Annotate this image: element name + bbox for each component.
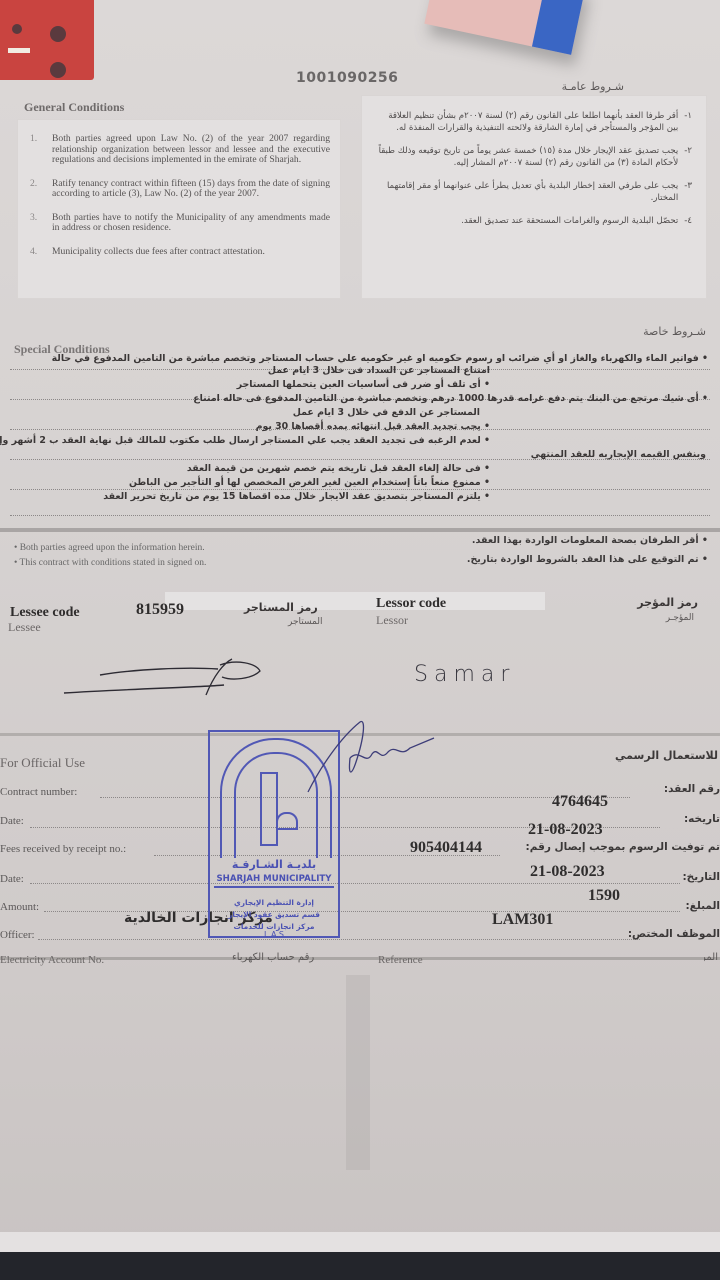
paper-edge [0, 1232, 720, 1252]
dotted-rule [10, 489, 710, 490]
tower-icon [260, 772, 278, 846]
stamp-line: L.A.S [210, 930, 338, 939]
section-divider [0, 528, 720, 532]
lessor-label-ar: المؤجـر [666, 613, 694, 623]
amount-label-ar: المبلغ: [685, 900, 720, 912]
lessee-label-ar: المستاجر [288, 617, 322, 627]
fees-receipt-label-ar: تم توفيت الرسوم بموجب إيصال رقم: [526, 841, 720, 853]
condition-item: 4.Municipality collects due fees after c… [30, 247, 330, 258]
dotted-rule [30, 883, 680, 884]
lessor-code-label-ar: رمز المؤجر [637, 596, 698, 609]
stamp-line: إدارة التنظيم الإيجاري [210, 898, 338, 907]
contract-date-label: Date: [0, 815, 24, 827]
contract-date-label-ar: تاريخه: [684, 813, 720, 825]
general-conditions-en-panel: 1.Both parties agreed upon Law No. (2) o… [18, 120, 340, 298]
special-condition-line: • يجب تجديد العقد قبل انتهائه بمده أقصاه… [256, 421, 490, 432]
item-number: 4. [30, 247, 42, 258]
lessor-signature: Samar [414, 662, 515, 687]
lessee-signature [56, 655, 266, 700]
document-number: 1001090256 [296, 70, 398, 86]
general-conditions-title: General Conditions [24, 100, 124, 115]
special-condition-line: • أى شيك مرتجع من البنك يتم دفع غرامه قد… [193, 393, 708, 404]
item-text: Municipality collects due fees after con… [52, 247, 265, 258]
official-use-title: For Official Use [0, 755, 85, 771]
reference-label: Reference [378, 954, 423, 966]
contract-number-value: 4764645 [552, 793, 608, 811]
item-number: 1. [30, 134, 42, 166]
special-conditions-title-ar: شـروط خاصة [643, 325, 706, 338]
general-conditions-title-ar: شـروط عامـة [562, 80, 624, 93]
condition-item: 2.Ratify tenancy contract within fifteen… [30, 179, 330, 200]
contract-date-value: 21-08-2023 [528, 821, 603, 839]
receipt-date-label: Date: [0, 873, 24, 885]
item-number: 3. [30, 213, 42, 234]
dot-icon [50, 62, 66, 78]
condition-item-ar: ٣-يجب على طرفي العقد إخطار البلدية بأي ت… [378, 180, 692, 204]
booklet-blue-edge [532, 0, 586, 55]
amount-value: 1590 [588, 887, 620, 905]
lessee-label: Lessee [8, 620, 41, 635]
special-condition-line: • لعدم الرغبه فى تجديد العقد يجب علي الم… [0, 435, 490, 446]
special-condition-line: المستاجر عن الدفع في خلال 3 ايام عمل [293, 407, 480, 418]
item-number: ٣- [684, 180, 692, 204]
receipt-date-value: 21-08-2023 [530, 863, 605, 881]
fees-receipt-value: 905404144 [410, 839, 482, 857]
item-text: تحصّل البلدية الرسوم والغرامات المستحقة … [461, 215, 678, 227]
lessee-code-label-ar: رمز المستاجر [244, 601, 318, 614]
item-number: 2. [30, 179, 42, 200]
item-number: ١- [684, 110, 692, 134]
special-condition-line: • فواتير الماء والكهرباء والغاز او أي ضر… [52, 353, 708, 364]
special-condition-line: امتناع المستاجر عن السداد فى خلال 3 ايام… [268, 365, 490, 376]
official-use-title-ar: للاستعمال الرسمي [615, 749, 718, 762]
item-text: Both parties agreed upon Law No. (2) of … [52, 134, 330, 166]
reference-label-ar: المرجع [704, 952, 718, 963]
condition-item: 1.Both parties agreed upon Law No. (2) o… [30, 134, 330, 166]
special-condition-line: وبنفس القيمه الإيجاريه للعقد المنتهي [531, 449, 706, 460]
officer-value: LAM301 [492, 911, 553, 929]
electricity-row: Electricity Account No. رقم حساب الكهربا… [0, 950, 720, 972]
dotted-rule [10, 515, 710, 516]
pink-booklet [424, 0, 585, 55]
contract-number-label: Contract number: [0, 786, 77, 798]
fold-shadow [346, 975, 370, 1170]
receipt-date-label-ar: التاريخ: [682, 871, 720, 883]
red-sticker [0, 0, 94, 80]
officer-label-ar: الموظف المختص: [628, 928, 720, 940]
stamp-line: قسم تسديق عقود الإيجار [210, 910, 338, 919]
contract-number-label-ar: رقم العقد: [664, 783, 720, 795]
dot-icon [50, 26, 66, 42]
officer-signature [300, 718, 440, 798]
item-text: يجب على طرفي العقد إخطار البلدية بأي تعد… [378, 180, 678, 204]
special-conditions-list: • فواتير الماء والكهرباء والغاز او أي ضر… [0, 355, 720, 527]
electricity-account-label-ar: رقم حساب الكهرباء [232, 952, 314, 963]
dome-icon [276, 812, 298, 830]
condition-item: 3.Both parties have to notify the Munici… [30, 213, 330, 234]
special-condition-line: • ممنوع منعاً باتاً إستخدام العين لغير ا… [129, 477, 490, 488]
item-text: Ratify tenancy contract within fifteen (… [52, 179, 330, 200]
condition-item-ar: ٤-تحصّل البلدية الرسوم والغرامات المستحق… [378, 215, 692, 227]
special-condition-line: • يلتزم المستاجر بتصديق عقد الايجار خلال… [103, 491, 490, 502]
officer-label: Officer: [0, 929, 35, 941]
item-text: يجب تصديق عقد الإيجار خلال مدة (١٥) خمسة… [378, 145, 678, 169]
agreement-line-ar: • أقر الطرفان بصحة المعلومات الواردة بهذ… [472, 535, 708, 546]
item-text: أقر طرفا العقد بأنهما اطلعا على القانون … [378, 110, 678, 134]
agreement-line-ar: • تم التوقيع على هذا العقد بالشروط الوار… [467, 554, 708, 565]
special-condition-line: • أى تلف أو ضرر فى أساسيات العين يتحملها… [237, 379, 490, 390]
sticker-tag [8, 48, 30, 53]
condition-item-ar: ٢-يجب تصديق عقد الإيجار خلال مدة (١٥) خم… [378, 145, 692, 169]
item-text: Both parties have to notify the Municipa… [52, 213, 330, 234]
lessor-code-label: Lessor code [376, 596, 446, 612]
amount-label: Amount: [0, 901, 39, 913]
condition-item-ar: ١-أقر طرفا العقد بأنهما اطلعا على القانو… [378, 110, 692, 134]
background-surface [0, 1252, 720, 1280]
lessee-code-label: Lessee code [10, 605, 80, 621]
special-condition-line: • فى حالة إلغاء العقد قبل تاريخه يتم خصم… [187, 463, 490, 474]
stamp-name-ar: بلديـة الشـارقـة [210, 858, 338, 871]
codes-highlight [165, 592, 545, 610]
agreement-line-en: • This contract with conditions stated i… [14, 558, 206, 568]
lessee-code-value: 815959 [136, 601, 184, 619]
stamp-name-en: SHARJAH MUNICIPALITY [214, 874, 334, 888]
dot-icon [12, 24, 22, 34]
contract-page: 1001090256 General Conditions شـروط عامـ… [0, 0, 720, 1248]
item-number: ٤- [684, 215, 692, 227]
electricity-account-label: Electricity Account No. [0, 954, 104, 966]
dotted-rule [38, 939, 640, 940]
item-number: ٢- [684, 145, 692, 169]
lessor-label: Lessor [376, 613, 408, 628]
agreement-line-en: • Both parties agreed upon the informati… [14, 543, 205, 553]
general-conditions-ar-panel: ١-أقر طرفا العقد بأنهما اطلعا على القانو… [362, 96, 706, 298]
fees-receipt-label: Fees received by receipt no.: [0, 843, 126, 855]
